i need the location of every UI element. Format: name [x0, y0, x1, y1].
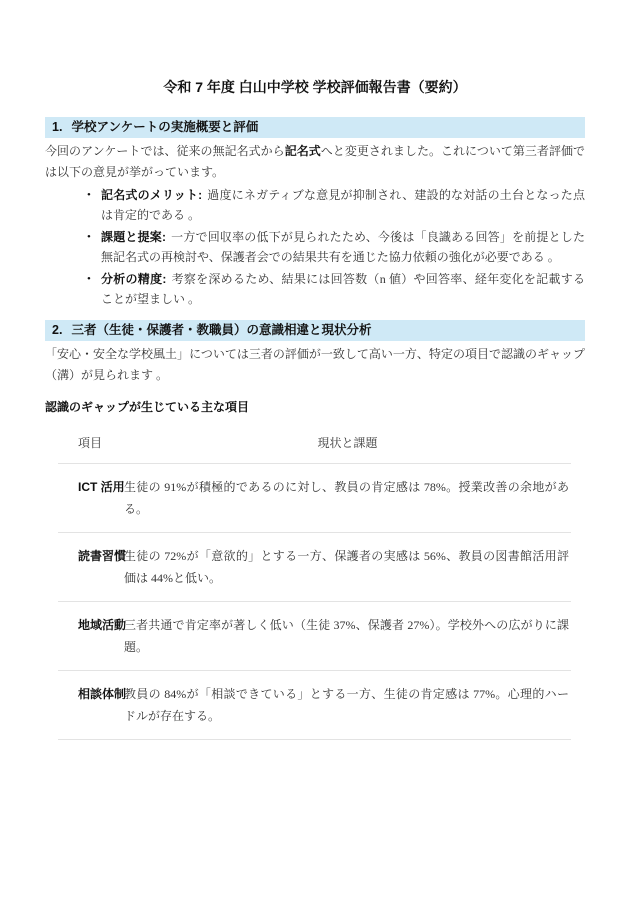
- bullet-label: 分析の精度:: [101, 272, 166, 286]
- row-item-label: 読書習慣: [58, 545, 124, 589]
- bullet-label: 記名式のメリット:: [101, 188, 202, 202]
- bullet-item-merit: •記名式のメリット:過度にネガティブな意見が抑制され、建設的な対話の土台となった…: [87, 185, 585, 225]
- bullet-dot-icon: •: [87, 227, 91, 247]
- table-row-counseling: 相談体制 教員の 84%が「相談できている」とする一方、生徒の肯定感は 77%。…: [58, 671, 571, 740]
- table-row-community: 地域活動 三者共通で肯定率が著しく低い（生徒 37%、保護者 27%）。学校外へ…: [58, 602, 571, 671]
- page-content: 令和 7 年度 白山中学校 学校評価報告書（要約） 1. 学校アンケートの実施概…: [0, 0, 640, 740]
- intro-text-bold: 記名式: [285, 144, 321, 158]
- column-header-status: 現状と課題: [124, 434, 571, 451]
- table-row-ict: ICT 活用 生徒の 91%が積極的であるのに対し、教員の肯定感は 78%。授業…: [58, 464, 571, 533]
- bullet-item-issues: •課題と提案:一方で回収率の低下が見られたため、今後は「良識ある回答」を前提とし…: [87, 227, 585, 267]
- document-title: 令和 7 年度 白山中学校 学校評価報告書（要約）: [45, 0, 585, 96]
- row-status-text: 教員の 84%が「相談できている」とする一方、生徒の肯定感は 77%。心理的ハー…: [124, 683, 571, 727]
- section-2-number: 2.: [52, 323, 62, 338]
- gap-items-subheading: 認識のギャップが生じている主な項目: [45, 399, 585, 416]
- section-2-heading-band: 2. 三者（生徒・保護者・教職員）の意識相違と現状分析: [45, 320, 585, 341]
- section-1-intro-paragraph: 今回のアンケートでは、従来の無記名式から記名式へと変更されました。これについて第…: [45, 141, 585, 183]
- table-row-reading: 読書習慣 生徒の 72%が「意欲的」とする一方、保護者の実感は 56%、教員の図…: [58, 533, 571, 602]
- row-status-text: 三者共通で肯定率が著しく低い（生徒 37%、保護者 27%）。学校外への広がりに…: [124, 614, 571, 658]
- gap-table: 項目 現状と課題 ICT 活用 生徒の 91%が積極的であるのに対し、教員の肯定…: [58, 432, 571, 740]
- row-status-text: 生徒の 91%が積極的であるのに対し、教員の肯定感は 78%。授業改善の余地があ…: [124, 476, 571, 520]
- intro-text-pre: 今回のアンケートでは、従来の無記名式から: [45, 144, 285, 158]
- row-item-label: ICT 活用: [58, 476, 124, 520]
- column-header-item: 項目: [58, 434, 124, 451]
- section-1-heading: 学校アンケートの実施概要と評価: [71, 120, 258, 135]
- bullet-item-analysis: •分析の精度:考察を深めるため、結果には回答数（n 値）や回答率、経年変化を記載…: [87, 269, 585, 309]
- section-2-intro-paragraph: 「安心・安全な学校風土」については三者の評価が一致して高い一方、特定の項目で認識…: [45, 344, 585, 386]
- row-item-label: 地域活動: [58, 614, 124, 658]
- section-2-heading: 三者（生徒・保護者・教職員）の意識相違と現状分析: [71, 323, 371, 338]
- section-1-heading-band: 1. 学校アンケートの実施概要と評価: [45, 117, 585, 138]
- section-1-number: 1.: [52, 120, 62, 135]
- bullet-text: 一方で回収率の低下が見られたため、今後は「良識ある回答」を前提とした無記名式の再…: [101, 230, 585, 264]
- bullet-text: 考察を深めるため、結果には回答数（n 値）や回答率、経年変化を記載することが望ま…: [101, 272, 585, 306]
- row-item-label: 相談体制: [58, 683, 124, 727]
- evaluation-bullet-list: •記名式のメリット:過度にネガティブな意見が抑制され、建設的な対話の土台となった…: [45, 185, 585, 309]
- bullet-label: 課題と提案:: [101, 230, 166, 244]
- row-status-text: 生徒の 72%が「意欲的」とする一方、保護者の実感は 56%、教員の図書館活用評…: [124, 545, 571, 589]
- table-header-row: 項目 現状と課題: [58, 432, 571, 464]
- bullet-dot-icon: •: [87, 185, 91, 205]
- report-page: 令和 7 年度 白山中学校 学校評価報告書（要約） 1. 学校アンケートの実施概…: [0, 0, 640, 905]
- bullet-dot-icon: •: [87, 269, 91, 289]
